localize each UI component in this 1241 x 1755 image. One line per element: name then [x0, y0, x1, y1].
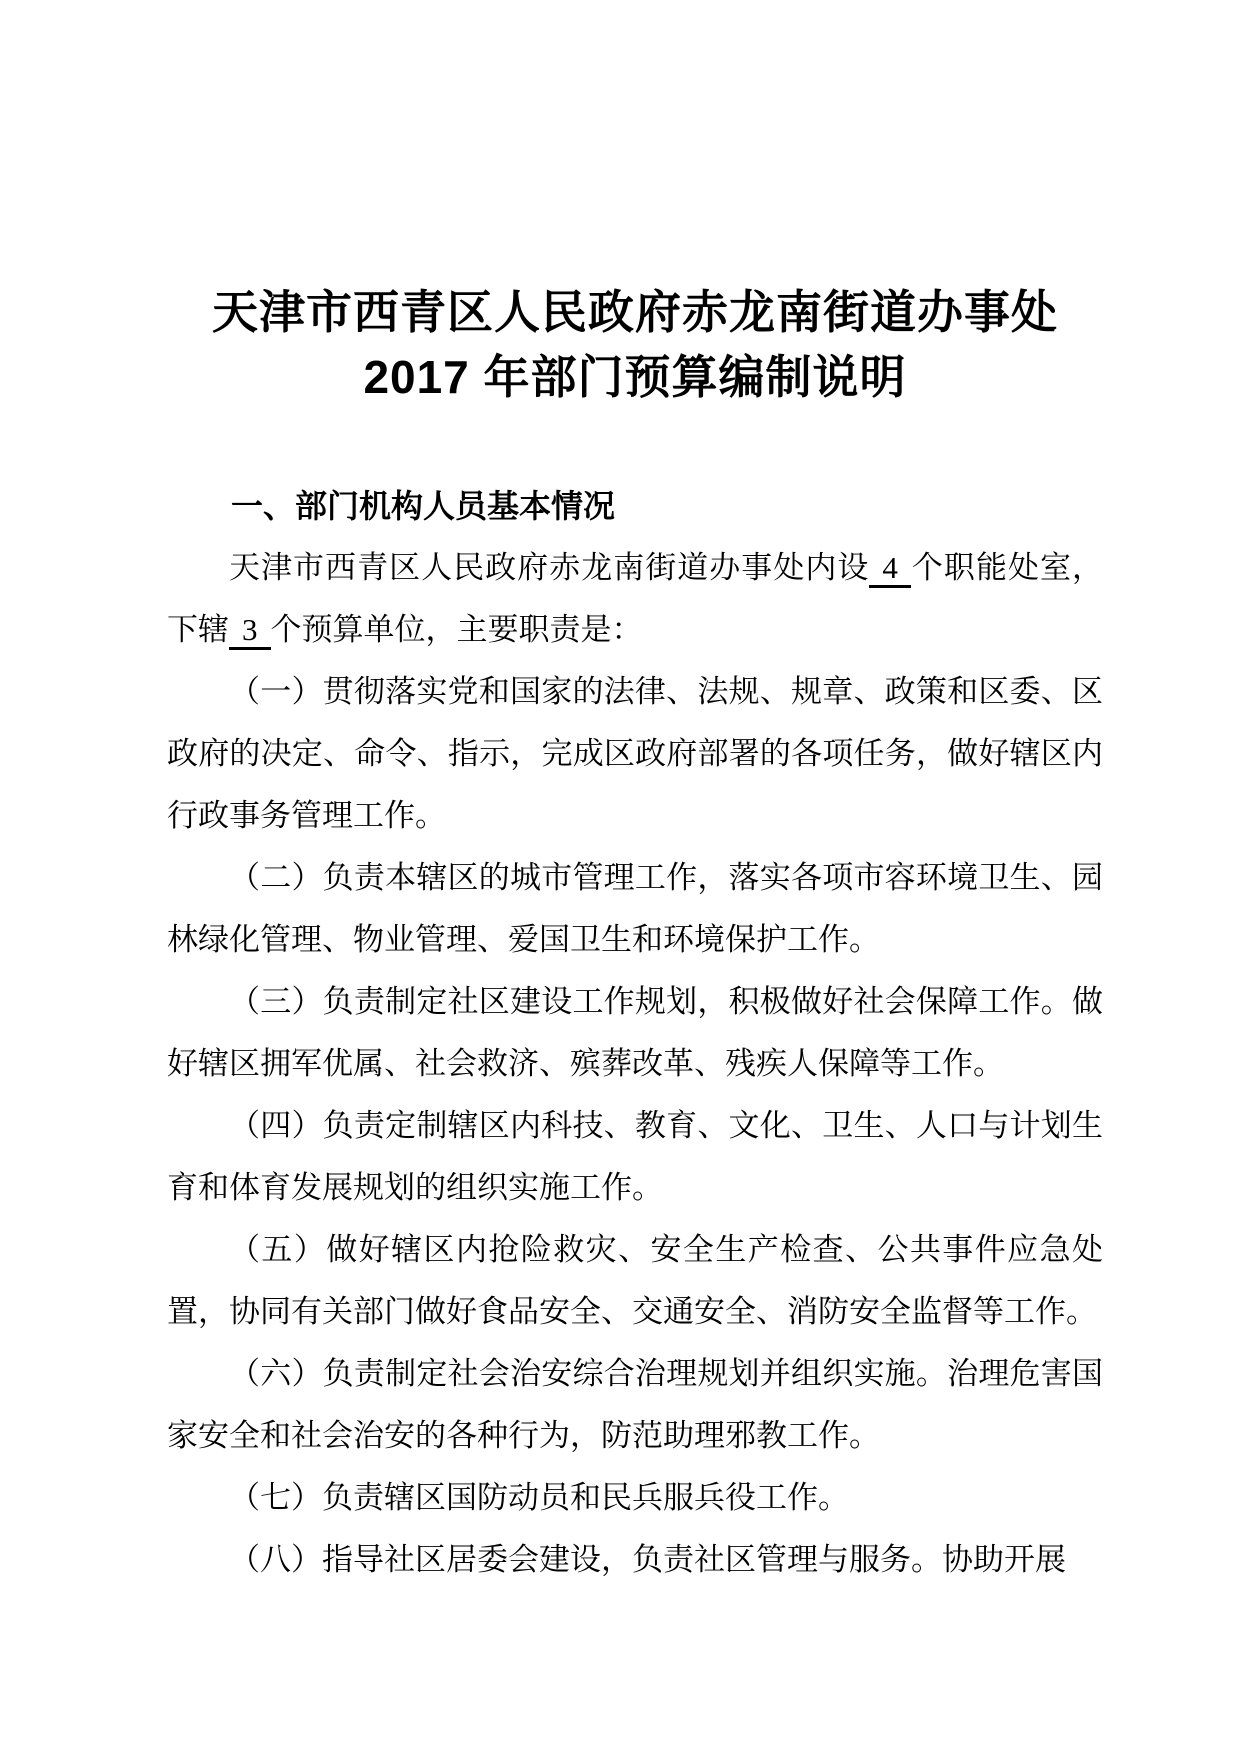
intro-text-3: 个预算单位，主要职责是：	[271, 612, 643, 647]
duty-item-7: （七）负责辖区国防动员和民兵服兵役工作。	[167, 1467, 1103, 1529]
duty-item-8: （八）指导社区居委会建设，负责社区管理与服务。协助开展	[167, 1529, 1103, 1591]
intro-text-1: 天津市西青区人民政府赤龙南街道办事处内设	[229, 550, 869, 585]
duty-item-4: （四）负责定制辖区内科技、教育、文化、卫生、人口与计划生育和体育发展规划的组织实…	[167, 1095, 1103, 1219]
section-heading: 一、部门机构人员基本情况	[167, 475, 1103, 537]
duty-item-3: （三）负责制定社区建设工作规划，积极做好社会保障工作。做好辖区拥军优属、社会救济…	[167, 971, 1103, 1095]
duty-item-1: （一）贯彻落实党和国家的法律、法规、规章、政策和区委、区政府的决定、命令、指示，…	[167, 661, 1103, 847]
duty-item-5: （五）做好辖区内抢险救灾、安全生产检查、公共事件应急处置，协同有关部门做好食品安…	[167, 1219, 1103, 1343]
document-page: 天津市西青区人民政府赤龙南街道办事处 2017 年部门预算编制说明 一、部门机构…	[0, 0, 1241, 1755]
duty-item-2: （二）负责本辖区的城市管理工作，落实各项市容环境卫生、园林绿化管理、物业管理、爱…	[167, 847, 1103, 971]
duty-item-6: （六）负责制定社会治安综合治理规划并组织实施。治理危害国家安全和社会治安的各种行…	[167, 1343, 1103, 1467]
document-title: 天津市西青区人民政府赤龙南街道办事处 2017 年部门预算编制说明	[167, 280, 1103, 410]
title-line-1: 天津市西青区人民政府赤龙南街道办事处	[167, 280, 1103, 345]
intro-paragraph: 天津市西青区人民政府赤龙南街道办事处内设4个职能处室，下辖3个预算单位，主要职责…	[167, 537, 1103, 661]
office-count-underlined-value: 4	[869, 551, 911, 588]
title-line-2: 2017 年部门预算编制说明	[167, 345, 1103, 410]
unit-count-underlined-value: 3	[229, 613, 271, 650]
